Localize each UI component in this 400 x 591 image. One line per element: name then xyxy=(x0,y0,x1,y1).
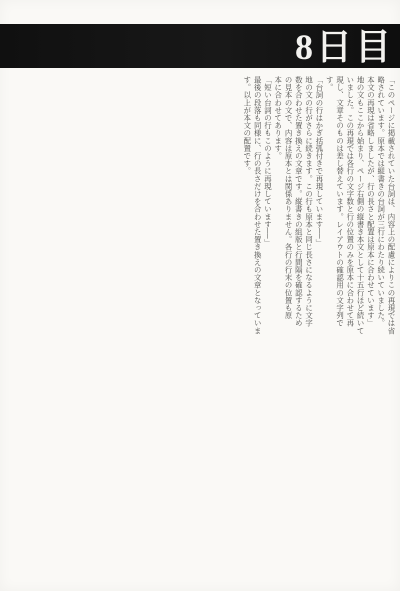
text-column: 現し、文章そのものは差し替えています。レイアウトの確認用の文字列で xyxy=(334,76,344,329)
text-column: す。 xyxy=(324,76,334,329)
text-column: 「台詞の行はかぎ括弧付きで再現しています──」 xyxy=(314,76,324,329)
text-column: いました。この再現では各行の文字数と行の位置のみを原本に合わせて再 xyxy=(345,76,355,329)
text-column: 数を合わせた置き換えの文章です。縦書きの組版と行間隔を確認するため xyxy=(293,76,303,329)
text-column: の見本の文で、内容は原本とは関係ありません。各行の行末の位置も原 xyxy=(283,76,293,329)
body-text-block: 「このページに掲載されていた台詞は、内容上の配慮によりこの再現では省略されていま… xyxy=(242,76,396,329)
text-column: 地の文の行がさらに続きます。この行も原本と同じ長さになるように文字 xyxy=(303,76,313,329)
chapter-title: 8日目 xyxy=(295,29,394,65)
text-column: 地の文もここから始まり、ページ右側の縦書き本文として十五行ほど続いて xyxy=(355,76,365,329)
text-column: 本に合わせてあります。 xyxy=(272,76,282,329)
text-column: 本文の再現は省略しましたが、行の長さと配置は原本に合わせています」 xyxy=(365,76,375,329)
text-column: 最後の段落も同様に、行の長さだけを合わせた置き換えの文章となっていま xyxy=(252,76,262,329)
text-column: 「短い台詞の行もこのように再現しています──」 xyxy=(262,76,272,329)
scanned-book-page: 8日目 「このページに掲載されていた台詞は、内容上の配慮によりこの再現では省略さ… xyxy=(0,0,400,591)
chapter-header-bar: 8日目 xyxy=(0,24,400,68)
text-column: す。以上が本文の配置です。 xyxy=(242,76,252,329)
text-column: 略されています。原本では縦書きの台詞が三行にわたり続いていました。 xyxy=(375,76,385,329)
text-column: 「このページに掲載されていた台詞は、内容上の配慮によりこの再現では省 xyxy=(386,76,396,329)
